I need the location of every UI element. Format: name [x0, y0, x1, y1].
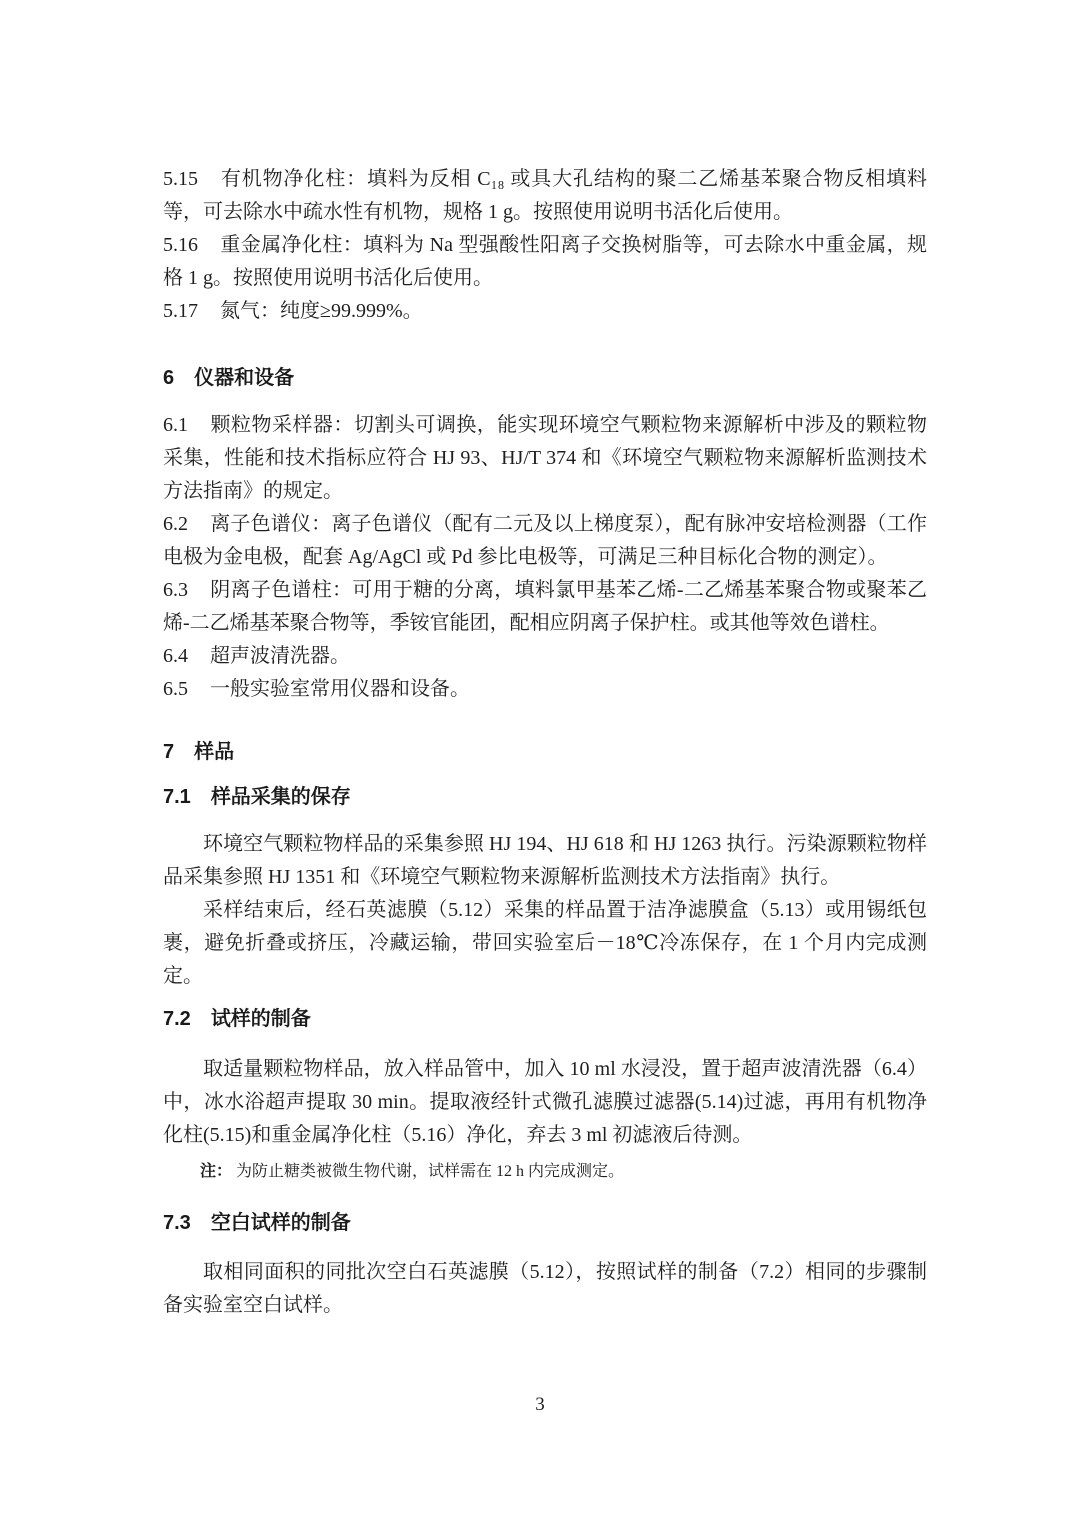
clause-text: 离子色谱仪：离子色谱仪（配有二元及以上梯度泵），配有脉冲安培检测器（工作电极为金… — [163, 513, 927, 568]
clause-text: 一般实验室常用仪器和设备。 — [210, 678, 470, 700]
section-title: 仪器和设备 — [194, 367, 294, 389]
section-title: 样品 — [194, 741, 234, 763]
clause-text: 超声波清洗器。 — [210, 645, 350, 667]
clause-number: 5.16 — [163, 234, 220, 256]
clause-text: 阴离子色谱柱：可用于糖的分离，填料氯甲基苯乙烯-二乙烯基苯聚合物或聚苯乙烯-二乙… — [163, 579, 927, 634]
subsection-number: 7.1 — [163, 786, 211, 808]
clause-6-4: 6.4超声波清洗器。 — [163, 640, 927, 673]
subsection-7-1-heading: 7.1样品采集的保存 — [163, 781, 927, 814]
subsection-7-2-heading: 7.2试样的制备 — [163, 1003, 927, 1036]
subsection-7-3-heading: 7.3空白试样的制备 — [163, 1207, 927, 1240]
paragraph-7-2: 取适量颗粒物样品，放入样品管中，加入 10 ml 水浸没，置于超声波清洗器（6.… — [163, 1053, 927, 1152]
note-7-2: 注：为防止糖类被微生物代谢，试样需在 12 h 内完成测定。 — [163, 1161, 927, 1183]
clause-6-2: 6.2离子色谱仪：离子色谱仪（配有二元及以上梯度泵），配有脉冲安培检测器（工作电… — [163, 508, 927, 574]
clause-text: 颗粒物采样器：切割头可调换，能实现环境空气颗粒物来源解析中涉及的颗粒物采集，性能… — [163, 414, 927, 502]
clause-text: 重金属净化柱：填料为 Na 型强酸性阳离子交换树脂等，可去除水中重金属，规格 1… — [163, 234, 927, 289]
clause-number: 6.1 — [163, 414, 210, 436]
clause-number: 5.15 — [163, 168, 220, 190]
clause-5-15: 5.15有机物净化柱：填料为反相 C₁₈ 或具大孔结构的聚二乙烯基苯聚合物反相填… — [163, 163, 927, 229]
subsection-number: 7.2 — [163, 1008, 211, 1030]
note-label: 注： — [200, 1163, 236, 1180]
note-text: 为防止糖类被微生物代谢，试样需在 12 h 内完成测定。 — [236, 1163, 624, 1180]
subsection-number: 7.3 — [163, 1212, 211, 1234]
clause-5-17: 5.17氮气：纯度≥99.999%。 — [163, 295, 927, 328]
paragraph-7-1-b: 采样结束后，经石英滤膜（5.12）采集的样品置于洁净滤膜盒（5.13）或用锡纸包… — [163, 894, 927, 993]
clause-number: 6.3 — [163, 579, 210, 601]
clause-6-1: 6.1颗粒物采样器：切割头可调换，能实现环境空气颗粒物来源解析中涉及的颗粒物采集… — [163, 409, 927, 508]
section-7-heading: 7样品 — [163, 736, 927, 769]
subsection-title: 空白试样的制备 — [211, 1212, 351, 1234]
clause-number: 5.17 — [163, 300, 220, 322]
paragraph-7-3: 取相同面积的同批次空白石英滤膜（5.12），按照试样的制备（7.2）相同的步骤制… — [163, 1256, 927, 1322]
clause-number: 6.4 — [163, 645, 210, 667]
page-content: 5.15有机物净化柱：填料为反相 C₁₈ 或具大孔结构的聚二乙烯基苯聚合物反相填… — [163, 163, 927, 1322]
clause-number: 6.5 — [163, 678, 210, 700]
clause-5-16: 5.16重金属净化柱：填料为 Na 型强酸性阳离子交换树脂等，可去除水中重金属，… — [163, 229, 927, 295]
clause-6-3: 6.3阴离子色谱柱：可用于糖的分离，填料氯甲基苯乙烯-二乙烯基苯聚合物或聚苯乙烯… — [163, 574, 927, 640]
clause-number: 6.2 — [163, 513, 210, 535]
clause-text: 有机物净化柱：填料为反相 C₁₈ 或具大孔结构的聚二乙烯基苯聚合物反相填料等，可… — [163, 168, 927, 223]
subsection-title: 样品采集的保存 — [211, 786, 351, 808]
section-6-heading: 6仪器和设备 — [163, 362, 927, 395]
section-number: 7 — [163, 741, 194, 763]
paragraph-7-1-a: 环境空气颗粒物样品的采集参照 HJ 194、HJ 618 和 HJ 1263 执… — [163, 828, 927, 894]
clause-text: 氮气：纯度≥99.999%。 — [220, 300, 423, 322]
page-number: 3 — [0, 1392, 1080, 1418]
section-number: 6 — [163, 367, 194, 389]
document-page: 5.15有机物净化柱：填料为反相 C₁₈ 或具大孔结构的聚二乙烯基苯聚合物反相填… — [0, 0, 1080, 1527]
clause-6-5: 6.5一般实验室常用仪器和设备。 — [163, 673, 927, 706]
subsection-title: 试样的制备 — [211, 1008, 311, 1030]
